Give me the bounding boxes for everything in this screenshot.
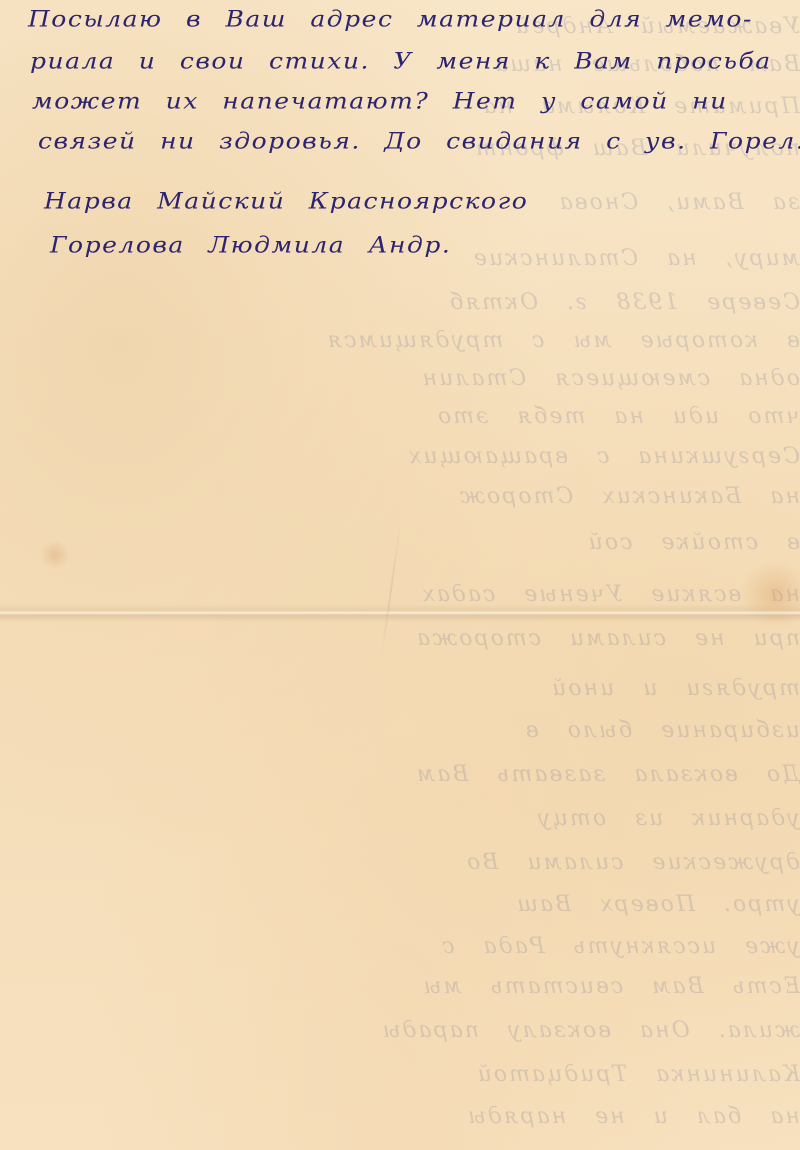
letter-line-3: может их напечатают? Нет у самой ни (32, 88, 728, 114)
showthrough-line: Калининка Тридцатой (0, 1062, 800, 1087)
showthrough-line: избирание было в (0, 718, 800, 743)
letter-line-1: Посылаю в Ваш адрес материал для мемо- (28, 6, 753, 32)
showthrough-line: в которые мы с трудящимся (0, 328, 800, 353)
showthrough-line: трудяги и иной (0, 676, 800, 701)
paper-stain (40, 540, 70, 570)
showthrough-line: уже иссякнуть Рада с (0, 934, 800, 959)
showthrough-line: дружеские силами Во (0, 850, 800, 875)
showthrough-line: на Бакинских Сторож (0, 484, 800, 509)
showthrough-line: ударник из отцу (0, 806, 800, 831)
showthrough-line: Есть Вам свистать мы (0, 974, 800, 999)
return-address: Нарва Майский Красноярского (44, 188, 528, 214)
letter-page: Уважаемый Андрей Вам побольше наша Прими… (0, 0, 800, 1150)
letter-line-4: связей ни здоровья. До свидания с ув. Го… (38, 128, 800, 154)
showthrough-line: утро. Поверх Ваш (0, 892, 800, 917)
showthrough-line: До вокзала зазвать Вам (0, 762, 800, 787)
sender-name: Горелова Людмила Андр. (50, 232, 451, 258)
showthrough-line: жила. Она вокзалу парады (0, 1018, 800, 1043)
showthrough-line: одна смеющиеся Сталин (0, 366, 800, 391)
letter-line-2: риала и свои стихи. У меня к Вам просьба (30, 48, 772, 74)
showthrough-line: что иди на тебя это (0, 404, 800, 429)
showthrough-line: Сергушкина с вращающих (0, 444, 800, 469)
showthrough-line: при не силами сторожа (0, 626, 800, 651)
showthrough-line: Севере 1938 г. Октяб (0, 290, 800, 315)
fold-crease (0, 604, 800, 622)
showthrough-line: в стойке сой (0, 530, 800, 555)
showthrough-line: на бал и не наряды (0, 1104, 800, 1129)
